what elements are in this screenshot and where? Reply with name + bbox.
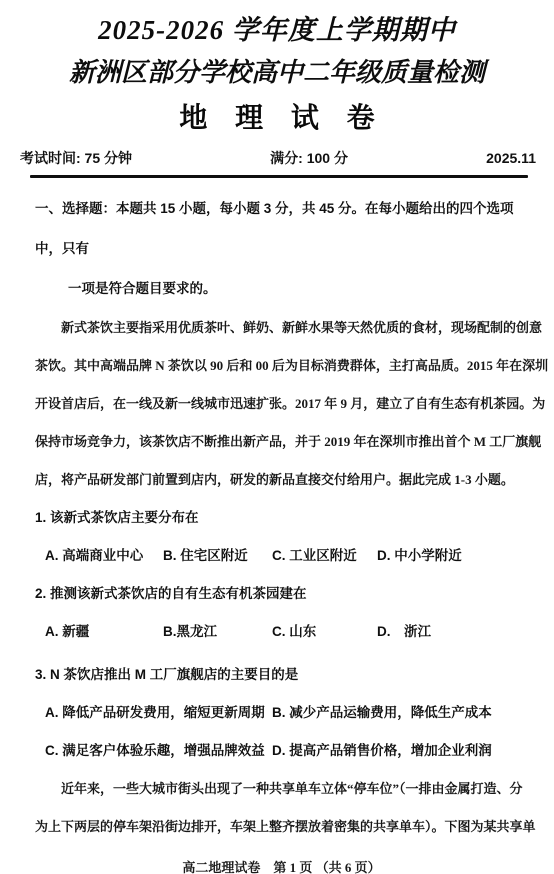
question-1-option-d: D. 中小学附近 xyxy=(377,537,528,575)
exam-date-label: 2025.11 xyxy=(486,149,536,168)
question-2-stem: 2. 推测该新式茶饮店的自有生态有机茶园建在 xyxy=(35,575,528,613)
question-3-options-row1: A. 降低产品研发费用，缩短更新周期 B. 减少产品运输费用，降低生产成本 xyxy=(35,694,528,732)
question-2-option-b: B.黑龙江 xyxy=(163,613,272,651)
passage-line: 为上下两层的停车架沿街边排开，车架上整齐摆放着密集的共享单车）。下图为某共享单 xyxy=(35,808,528,846)
section-heading-line: 一、选择题：本题共 15 小题，每小题 3 分，共 45 分。在每小题给出的四个… xyxy=(35,189,528,269)
section-heading-line: 一项是符合题目要求的。 xyxy=(35,269,528,309)
header-divider-rule xyxy=(30,175,528,178)
question-1: 1. 该新式茶饮店主要分布在 A. 高端商业中心 B. 住宅区附近 C. 工业区… xyxy=(35,499,528,575)
question-3-option-c: C. 满足客户体验乐趣，增强品牌效益 xyxy=(45,732,272,770)
question-3: 3. N 茶饮店推出 M 工厂旗舰店的主要目的是 A. 降低产品研发费用，缩短更… xyxy=(35,656,528,770)
exam-subject-title: 地 理 试 卷 xyxy=(0,100,554,136)
passage-line: 开设首店后，在一线及新一线城市迅速扩张。2017 年 9 月，建立了自有生态有机… xyxy=(35,385,528,423)
question-2-option-c: C. 山东 xyxy=(272,613,377,651)
passage-line: 保持市场竞争力，该茶饮店不断推出新产品，并于 2019 年在深圳市推出首个 M … xyxy=(35,423,528,461)
exam-time-label: 考试时间: 75 分钟 xyxy=(20,149,132,168)
question-3-options-row2: C. 满足客户体验乐趣，增强品牌效益 D. 提高产品销售价格，增加企业利润 xyxy=(35,732,528,770)
passage-shared-bike: 近年来，一些大城市街头出现了一种共享单车立体“停车位”（一排由金属打造、分 为上… xyxy=(35,770,528,846)
question-2-option-d: D. 浙江 xyxy=(377,613,528,651)
passage-line: 近年来，一些大城市街头出现了一种共享单车立体“停车位”（一排由金属打造、分 xyxy=(35,770,528,808)
question-1-stem: 1. 该新式茶饮店主要分布在 xyxy=(35,499,528,537)
section-one-heading: 一、选择题：本题共 15 小题，每小题 3 分，共 45 分。在每小题给出的四个… xyxy=(35,189,528,309)
page-footer: 高二地理试卷 第 1 页 （共 6 页） xyxy=(35,856,528,874)
question-1-option-c: C. 工业区附近 xyxy=(272,537,377,575)
question-1-option-a: A. 高端商业中心 xyxy=(45,537,163,575)
question-3-stem: 3. N 茶饮店推出 M 工厂旗舰店的主要目的是 xyxy=(35,656,528,694)
question-3-option-b: B. 减少产品运输费用，降低生产成本 xyxy=(272,694,528,732)
passage-tea-shop: 新式茶饮主要指采用优质茶叶、鲜奶、新鲜水果等天然优质的食材，现场配制的创意 茶饮… xyxy=(35,309,528,499)
question-2-options: A. 新疆 B.黑龙江 C. 山东 D. 浙江 xyxy=(35,613,528,651)
question-2: 2. 推测该新式茶饮店的自有生态有机茶园建在 A. 新疆 B.黑龙江 C. 山东… xyxy=(35,575,528,651)
question-1-option-b: B. 住宅区附近 xyxy=(163,537,272,575)
question-1-options: A. 高端商业中心 B. 住宅区附近 C. 工业区附近 D. 中小学附近 xyxy=(35,537,528,575)
exam-full-score-label: 满分: 100 分 xyxy=(270,149,348,168)
question-3-option-a: A. 降低产品研发费用，缩短更新周期 xyxy=(45,694,272,732)
exam-title-line1: 2025-2026 学年度上学期期中 xyxy=(0,13,554,47)
exam-paper-page: 2025-2026 学年度上学期期中 新洲区部分学校高中二年级质量检测 地 理 … xyxy=(0,0,554,874)
exam-title-line2: 新洲区部分学校高中二年级质量检测 xyxy=(0,56,554,89)
passage-line: 新式茶饮主要指采用优质茶叶、鲜奶、新鲜水果等天然优质的食材，现场配制的创意 xyxy=(35,309,528,347)
question-2-option-a: A. 新疆 xyxy=(45,613,163,651)
passage-line: 茶饮。其中高端品牌 N 茶饮以 90 后和 00 后为目标消费群体，主打高品质。… xyxy=(35,347,528,385)
question-3-option-d: D. 提高产品销售价格，增加企业利润 xyxy=(272,732,528,770)
passage-line: 店，将产品研发部门前置到店内，研发的新品直接交付给用户。据此完成 1-3 小题。 xyxy=(35,461,528,499)
exam-info-row: 考试时间: 75 分钟 满分: 100 分 2025.11 xyxy=(0,149,554,168)
